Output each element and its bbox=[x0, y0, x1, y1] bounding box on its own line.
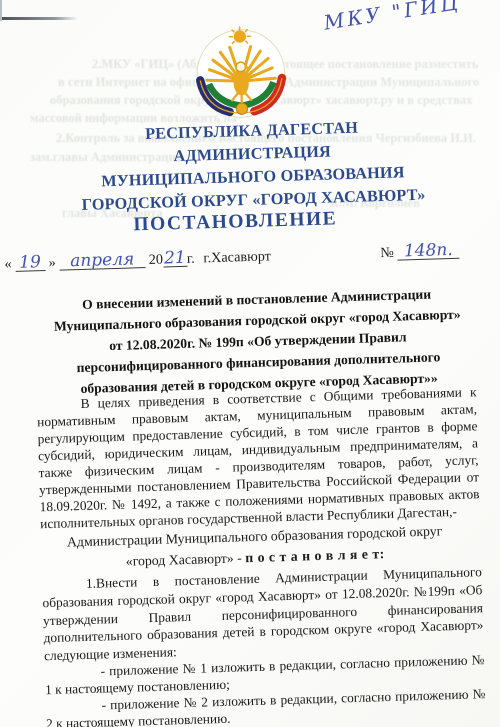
resolution-verb: п о с т а н о в л я е т: bbox=[245, 546, 385, 565]
handwritten-number: 148п. bbox=[397, 243, 459, 261]
year-prefix: 20 bbox=[149, 252, 164, 268]
handwritten-year: 21 bbox=[163, 251, 187, 268]
page-content: МКУ "ГИЦ" bbox=[0, 0, 500, 727]
resolution-clause-prefix: «город Хасавюрт» - bbox=[126, 550, 246, 569]
number-sign: № bbox=[380, 245, 394, 261]
number-field: № 148п. bbox=[380, 243, 460, 262]
date-number-row: « 19 » апреля 2021г. г.Хасавюрт № 148п. bbox=[0, 242, 496, 257]
letterhead: РЕСПУБЛИКА ДАГЕСТАН АДМИНИСТРАЦИЯ МУНИЦИ… bbox=[22, 113, 483, 219]
dagestan-coat-of-arms-icon bbox=[182, 22, 299, 126]
scanned-decree-page: 2.МКУ «ГИЦ» (Абдулаев Г.Б.) настоящее по… bbox=[0, 0, 500, 727]
city-label: г.Хасавюрт bbox=[203, 248, 271, 267]
handwritten-day: 19 bbox=[15, 255, 45, 272]
handwritten-month: апреля bbox=[59, 252, 145, 271]
open-quote: « bbox=[4, 256, 12, 272]
date-field: « 19 » апреля 2021г. bbox=[4, 251, 195, 274]
close-quote: » bbox=[48, 255, 56, 271]
decree-title: О внесении изменений в постановление Адм… bbox=[31, 282, 484, 400]
handwritten-org-note: МКУ "ГИЦ" bbox=[322, 0, 474, 35]
preamble-paragraph: В целях приведения в соответствие с Общи… bbox=[36, 383, 480, 532]
point-1-paragraph: 1.Внести в постановление Администрации М… bbox=[42, 563, 484, 665]
year-suffix-g: г. bbox=[187, 251, 195, 267]
